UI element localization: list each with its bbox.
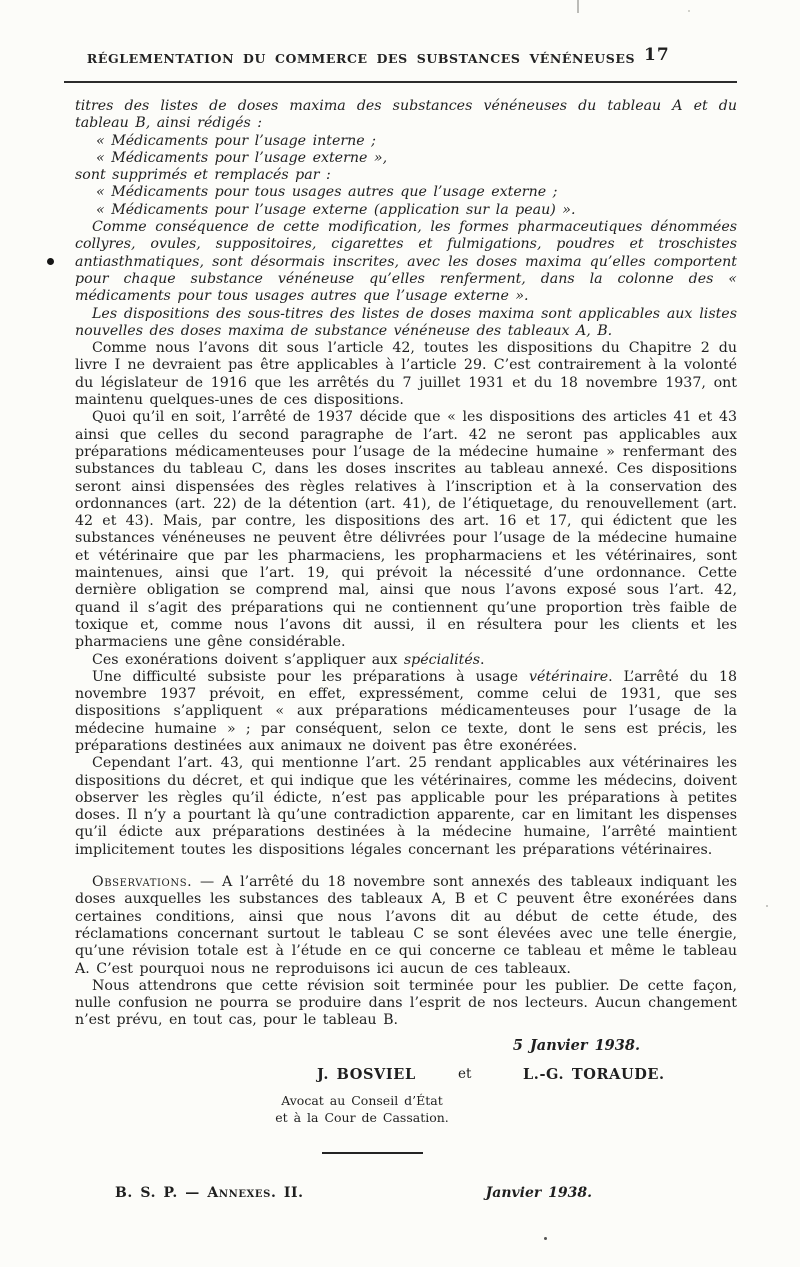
signature-date: 5 Janvier 1938. — [75, 1037, 737, 1054]
header-rule — [64, 81, 737, 83]
text-segment: « Médicaments pour l’usage externe (appl… — [96, 202, 576, 218]
text-segment: Les dispositions des sous-titres des lis… — [75, 306, 737, 339]
text-segment: Comme nous l’avons dit sous l’article 42… — [75, 340, 737, 408]
footer-date: Janvier 1938. — [486, 1185, 592, 1202]
document-page: RÉGLEMENTATION DU COMMERCE DES SUBSTANCE… — [0, 0, 800, 1267]
text-segment: Ces exonérations doivent s’appliquer aux — [92, 652, 404, 668]
paragraph: Une difficulté subsiste pour les prépara… — [75, 669, 737, 755]
paragraph: Comme conséquence de cette modification,… — [75, 219, 737, 305]
paragraph: sont supprimés et remplacés par : — [75, 167, 737, 184]
paragraph-continuation: titres des listes de doses maxima des su… — [75, 98, 737, 133]
text-segment: spécialités — [404, 652, 480, 668]
quote-line: « Médicaments pour l’usage interne ; — [75, 133, 737, 150]
text-segment: Quoi qu’il en soit, l’arrêté de 1937 déc… — [75, 409, 737, 650]
text-segment: sont supprimés et remplacés par : — [75, 167, 331, 183]
paragraph: Cependant l’art. 43, qui mentionne l’art… — [75, 755, 737, 859]
text-segment: « Médicaments pour l’usage externe », — [96, 150, 387, 166]
running-header: RÉGLEMENTATION DU COMMERCE DES SUBSTANCE… — [0, 48, 800, 72]
signature-name-toraude: L.-G. TORAUDE. — [523, 1066, 665, 1083]
text-segment: Nous attendrons que cette révision soit … — [75, 978, 737, 1029]
quote-line: « Médicaments pour tous usages autres qu… — [75, 184, 737, 201]
paragraph: Ces exonérations doivent s’appliquer aux… — [75, 652, 737, 669]
signature-name-bosviel: J. BOSVIEL — [317, 1066, 416, 1083]
paragraph: Les dispositions des sous-titres des lis… — [75, 306, 737, 341]
body-text: titres des listes de doses maxima des su… — [75, 98, 737, 1202]
paragraph: Nous attendrons que cette révision soit … — [75, 978, 737, 1030]
text-segment: . — [480, 652, 485, 668]
text-segment: Cependant l’art. 43, qui mentionne l’art… — [75, 755, 737, 857]
paragraph: Quoi qu’il en soit, l’arrêté de 1937 déc… — [75, 409, 737, 651]
paragraph: Comme nous l’avons dit sous l’article 42… — [75, 340, 737, 409]
credential-line: Avocat au Conseil d’État — [275, 1093, 449, 1110]
scan-speck — [544, 1237, 547, 1240]
running-header-title: RÉGLEMENTATION DU COMMERCE DES SUBSTANCE… — [87, 51, 635, 66]
text-segment: Observations. — [92, 874, 192, 890]
paragraph-observations: Observations. — A l’arrêté du 18 novembr… — [75, 874, 737, 978]
text-segment: Une difficulté subsiste pour les prépara… — [92, 669, 529, 685]
margin-bullet-mark — [47, 258, 54, 265]
text-segment: Comme conséquence de cette modification,… — [75, 219, 737, 304]
text-segment: vétérinaire — [529, 669, 608, 685]
text-segment: « Médicaments pour tous usages autres qu… — [96, 184, 557, 200]
page-number: 17 — [644, 45, 670, 65]
page-footer: B. S. P. — Annexes. II.Janvier 1938. — [75, 1185, 737, 1202]
footer-series-label: B. S. P. — Annexes. II. — [115, 1185, 304, 1202]
signature-credentials: Avocat au Conseil d’Étatet à la Cour de … — [275, 1093, 449, 1126]
signature-names: J. BOSVIELetL.-G. TORAUDE. — [75, 1066, 737, 1088]
text-segment: titres des listes de doses maxima des su… — [75, 98, 737, 131]
separator-rule — [322, 1152, 423, 1154]
text-segment: « Médicaments pour l’usage interne ; — [96, 133, 376, 149]
quote-line: « Médicaments pour l’usage externe (appl… — [75, 202, 737, 219]
scan-speck — [766, 905, 768, 907]
credential-line: et à la Cour de Cassation. — [275, 1110, 449, 1127]
scan-artifact — [577, 0, 579, 13]
scan-speck — [688, 10, 690, 12]
signature-connector: et — [458, 1066, 471, 1083]
quote-line: « Médicaments pour l’usage externe », — [75, 150, 737, 167]
